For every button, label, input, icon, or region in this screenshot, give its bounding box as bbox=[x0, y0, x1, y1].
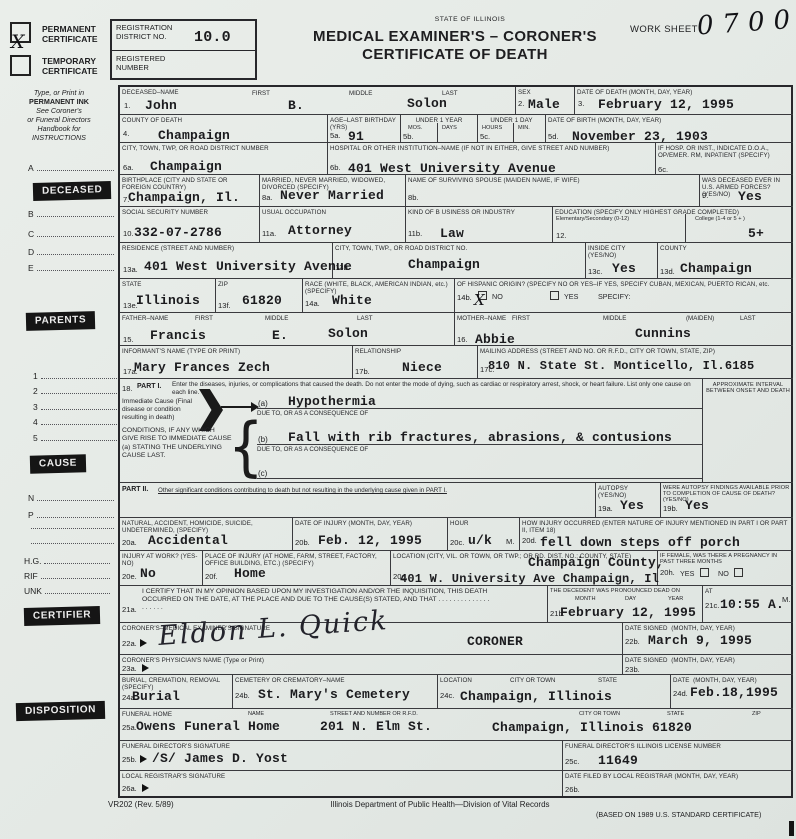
value-city-town: Champaign bbox=[150, 159, 222, 174]
part2-title: PART II. bbox=[122, 486, 148, 493]
index-mark: 1 bbox=[33, 371, 119, 381]
num: 1. bbox=[124, 101, 130, 110]
hispanic-no-label: NO bbox=[492, 293, 503, 300]
pregnancy-yes-label: YES bbox=[680, 570, 694, 577]
index-mark: B bbox=[28, 209, 114, 219]
value-sex: Male bbox=[528, 97, 560, 112]
arrow-icon bbox=[140, 755, 147, 763]
value-autopsy: Yes bbox=[620, 498, 644, 513]
value-cause-b: Fall with rib fractures, abrasions, & co… bbox=[288, 430, 672, 445]
section-label-parents: PARENTS bbox=[26, 311, 96, 331]
pregnancy-no-checkbox bbox=[734, 568, 743, 577]
hispanic-yes-label: YES bbox=[564, 293, 578, 300]
line-a-marker: (a) bbox=[258, 399, 268, 408]
value-informant: Mary Frances Zech bbox=[134, 360, 270, 375]
value-autopsy-findings: Yes bbox=[685, 498, 709, 513]
section-label-certifier: CERTIFIER bbox=[24, 606, 101, 626]
value-disposition-location: Champaign, Illinois bbox=[460, 689, 612, 704]
instructions-block: Type, or Print in PERMANENT INK See Coro… bbox=[6, 88, 112, 142]
value-residence-city: Champaign bbox=[408, 257, 480, 272]
value-residence: 401 West University Avenue bbox=[144, 259, 352, 274]
value-relationship: Niece bbox=[402, 360, 442, 375]
hispanic-no-mark: X bbox=[474, 291, 485, 309]
line-c-marker: (c) bbox=[258, 469, 267, 478]
value-residence-zip: 61820 bbox=[242, 293, 282, 308]
hispanic-specify-label: SPECIFY: bbox=[598, 293, 630, 300]
permanent-certificate-label: PERMANENTCERTIFICATE bbox=[42, 25, 98, 44]
section-label-deceased: DECEASED bbox=[33, 181, 112, 201]
value-pronounced-time: 10:55 A. bbox=[720, 597, 784, 612]
permanent-check-mark: X bbox=[11, 31, 25, 53]
value-father-middle: E. bbox=[272, 328, 288, 343]
index-mark: H.G. bbox=[24, 556, 110, 566]
value-burial-type: Burial bbox=[132, 689, 180, 704]
value-pronounced-date: February 12, 1995 bbox=[560, 605, 696, 620]
value-industry: Law bbox=[440, 226, 464, 241]
value-first-name: John bbox=[145, 98, 177, 113]
sublabel-first: FIRST bbox=[252, 90, 270, 97]
arrow-icon bbox=[142, 664, 149, 672]
num: 3. bbox=[578, 99, 584, 108]
registration-box: REGISTRATION DISTRICT NO. 10.0 REGISTERE… bbox=[110, 19, 257, 80]
footer-standard: (BASED ON 1989 U.S. STANDARD CERTIFICATE… bbox=[596, 810, 761, 819]
field-industry: KIND OF B USINESS OR INDUSTRY bbox=[405, 206, 552, 242]
title-line2: CERTIFICATE OF DEATH bbox=[285, 46, 625, 63]
state-line: STATE OF ILLINOIS bbox=[380, 16, 560, 23]
value-manner: Accidental bbox=[148, 533, 228, 548]
hispanic-yes-checkbox bbox=[550, 291, 559, 300]
field-autopsy-findings: WERE AUTOPSY FINDINGS AVAILABLE PRIOR TO… bbox=[660, 482, 793, 517]
field-surviving-spouse: NAME OF SURVIVING SPOUSE (MAIDEN NAME, I… bbox=[405, 174, 699, 206]
line-b-marker: (b) bbox=[258, 435, 268, 444]
death-certificate-scan: X PERMANENTCERTIFICATE TEMPORARYCERTIFIC… bbox=[0, 0, 796, 839]
value-county-of-death: Champaign bbox=[158, 128, 230, 143]
registered-number-label: REGISTERED NUMBER bbox=[116, 55, 196, 72]
index-mark: C bbox=[28, 229, 114, 239]
part1-instruction: Enter the diseases, injuries, or complic… bbox=[172, 381, 696, 396]
value-coroner-title: CORONER bbox=[467, 634, 523, 649]
index-mark: N bbox=[28, 493, 114, 503]
field-coroner-physician: CORONER'S PHYSICIAN'S NAME (Type or Prin… bbox=[120, 654, 622, 674]
index-mark: P bbox=[28, 510, 114, 520]
field-race: RACE (WHITE, BLACK, AMERICAN INDIAN, etc… bbox=[302, 278, 454, 312]
index-mark: A bbox=[28, 163, 114, 173]
value-funeral-home-street: 201 N. Elm St. bbox=[320, 719, 432, 734]
value-cemetery: St. Mary's Cemetery bbox=[258, 687, 410, 702]
value-how-injury: fell down steps off porch bbox=[540, 535, 740, 550]
value-inside-city: Yes bbox=[612, 261, 636, 276]
field-registrar-signature: LOCAL REGISTRAR'S SIGNATURE bbox=[120, 770, 562, 796]
value-date-of-death: February 12, 1995 bbox=[598, 97, 734, 112]
value-injury-at-work: No bbox=[140, 566, 156, 581]
value-father-last: Solon bbox=[328, 326, 368, 341]
value-residence-county: Champaign bbox=[680, 261, 752, 276]
part2-text: Other significant conditions contributin… bbox=[158, 487, 588, 494]
field-hospital-type: IF HOSP. OR INST., INDICATE D.O.A., OP/E… bbox=[655, 142, 793, 174]
value-director-license: 11649 bbox=[598, 753, 638, 768]
index-mark: E bbox=[28, 263, 114, 273]
index-mark: 4 bbox=[33, 417, 119, 427]
value-mailing-address: 810 N. State St. Monticello, Il.6185 bbox=[488, 359, 754, 373]
value-funeral-home-city: Champaign, Illinois 61820 bbox=[492, 720, 692, 735]
index-mark bbox=[28, 528, 114, 531]
field-date-signed-23b: DATE SIGNED (MONTH, DAY, YEAR) bbox=[622, 654, 793, 674]
time-m-label: M. bbox=[782, 595, 790, 604]
value-education: 5+ bbox=[748, 226, 764, 241]
form-body: DECEASED–NAME FIRST MIDDLE LAST SEX DATE… bbox=[118, 85, 793, 798]
scan-edge-mark bbox=[789, 821, 794, 836]
value-place-of-injury: Home bbox=[234, 566, 266, 581]
registration-district-value: 10.0 bbox=[194, 29, 231, 46]
pregnancy-yes-checkbox bbox=[700, 568, 709, 577]
temporary-certificate-label: TEMPORARYCERTIFICATE bbox=[42, 57, 98, 76]
value-last-name: Solon bbox=[407, 96, 447, 111]
section-label-cause: CAUSE bbox=[30, 454, 86, 473]
value-father-first: Francis bbox=[150, 328, 206, 343]
field-place-of-injury: PLACE OF INJURY (AT HOME, FARM, STREET, … bbox=[202, 550, 390, 585]
temporary-checkbox bbox=[10, 55, 31, 76]
value-residence-state: Illinois bbox=[136, 293, 200, 308]
value-disposition-date: Feb.18,1995 bbox=[690, 685, 778, 700]
field-interval: APPROXIMATE INTERVAL BETWEEN ONSET AND D… bbox=[702, 378, 793, 482]
arrow-icon bbox=[142, 784, 149, 792]
value-funeral-home-name: Owens Funeral Home bbox=[136, 719, 280, 734]
section-label-disposition: DISPOSITION bbox=[16, 701, 106, 721]
footer-department: Illinois Department of Public Health—Div… bbox=[240, 800, 640, 809]
value-birthplace: Champaign, Il. bbox=[128, 190, 240, 205]
index-mark: 3 bbox=[33, 402, 119, 412]
value-injury-location-1: Champaign County, bbox=[528, 555, 664, 570]
field-director-license: FUNERAL DIRECTOR'S ILLINOIS LICENSE NUMB… bbox=[562, 740, 793, 770]
title-line1: MEDICAL EXAMINER'S – CORONER'S bbox=[285, 28, 625, 45]
num: 2. bbox=[518, 99, 524, 108]
index-mark: RIF bbox=[24, 571, 110, 581]
field-pregnancy: IF FEMALE, WAS THERE A PREGNANCY IN PAST… bbox=[657, 550, 793, 585]
value-middle-name: B. bbox=[288, 98, 304, 113]
value-director-signature: /S/ James D. Yost bbox=[152, 751, 288, 766]
immediate-cause-label: Immediate Cause (Final disease or condit… bbox=[122, 398, 196, 422]
value-mother-maiden: Cunnins bbox=[635, 326, 691, 341]
value-injury-location-2: 401 W. University Ave Champaign, Il bbox=[400, 572, 659, 586]
arrow-icon bbox=[140, 639, 147, 647]
value-cause-a: Hypothermia bbox=[288, 394, 376, 409]
value-occupation: Attorney bbox=[288, 223, 352, 238]
value-ssn: 332-07-2786 bbox=[134, 225, 222, 240]
worksheet-number: 0700 bbox=[696, 4, 796, 41]
value-armed-forces: Yes bbox=[738, 189, 762, 204]
worksheet-label: WORK SHEET bbox=[630, 24, 698, 35]
registration-district-label: REGISTRATION DISTRICT NO. bbox=[116, 24, 196, 41]
value-date-signed-22b: March 9, 1995 bbox=[648, 633, 752, 648]
index-mark bbox=[28, 543, 114, 546]
pregnancy-no-label: NO bbox=[718, 570, 729, 577]
index-mark: D bbox=[28, 247, 114, 257]
sublabel-middle: MIDDLE bbox=[349, 90, 372, 97]
index-mark: 2 bbox=[33, 386, 119, 396]
value-marital-status: Never Married bbox=[280, 188, 384, 203]
field-date-filed: DATE FILED BY LOCAL REGISTRAR (MONTH, DA… bbox=[562, 770, 793, 796]
value-injury-hour: u/k bbox=[468, 533, 492, 548]
index-mark: UNK bbox=[24, 586, 110, 596]
part1-title: PART I. bbox=[137, 383, 161, 390]
cause-arrow-icon bbox=[221, 406, 253, 408]
conditions-label: CONDITIONS, IF ANY WHICH GIVE RISE TO IM… bbox=[122, 427, 232, 461]
form-number: VR202 (Rev. 5/89) bbox=[108, 800, 174, 809]
index-mark: 5 bbox=[33, 433, 119, 443]
value-injury-date: Feb. 12, 1995 bbox=[318, 533, 422, 548]
hour-m-label: M. bbox=[506, 537, 514, 546]
value-race: White bbox=[332, 293, 372, 308]
